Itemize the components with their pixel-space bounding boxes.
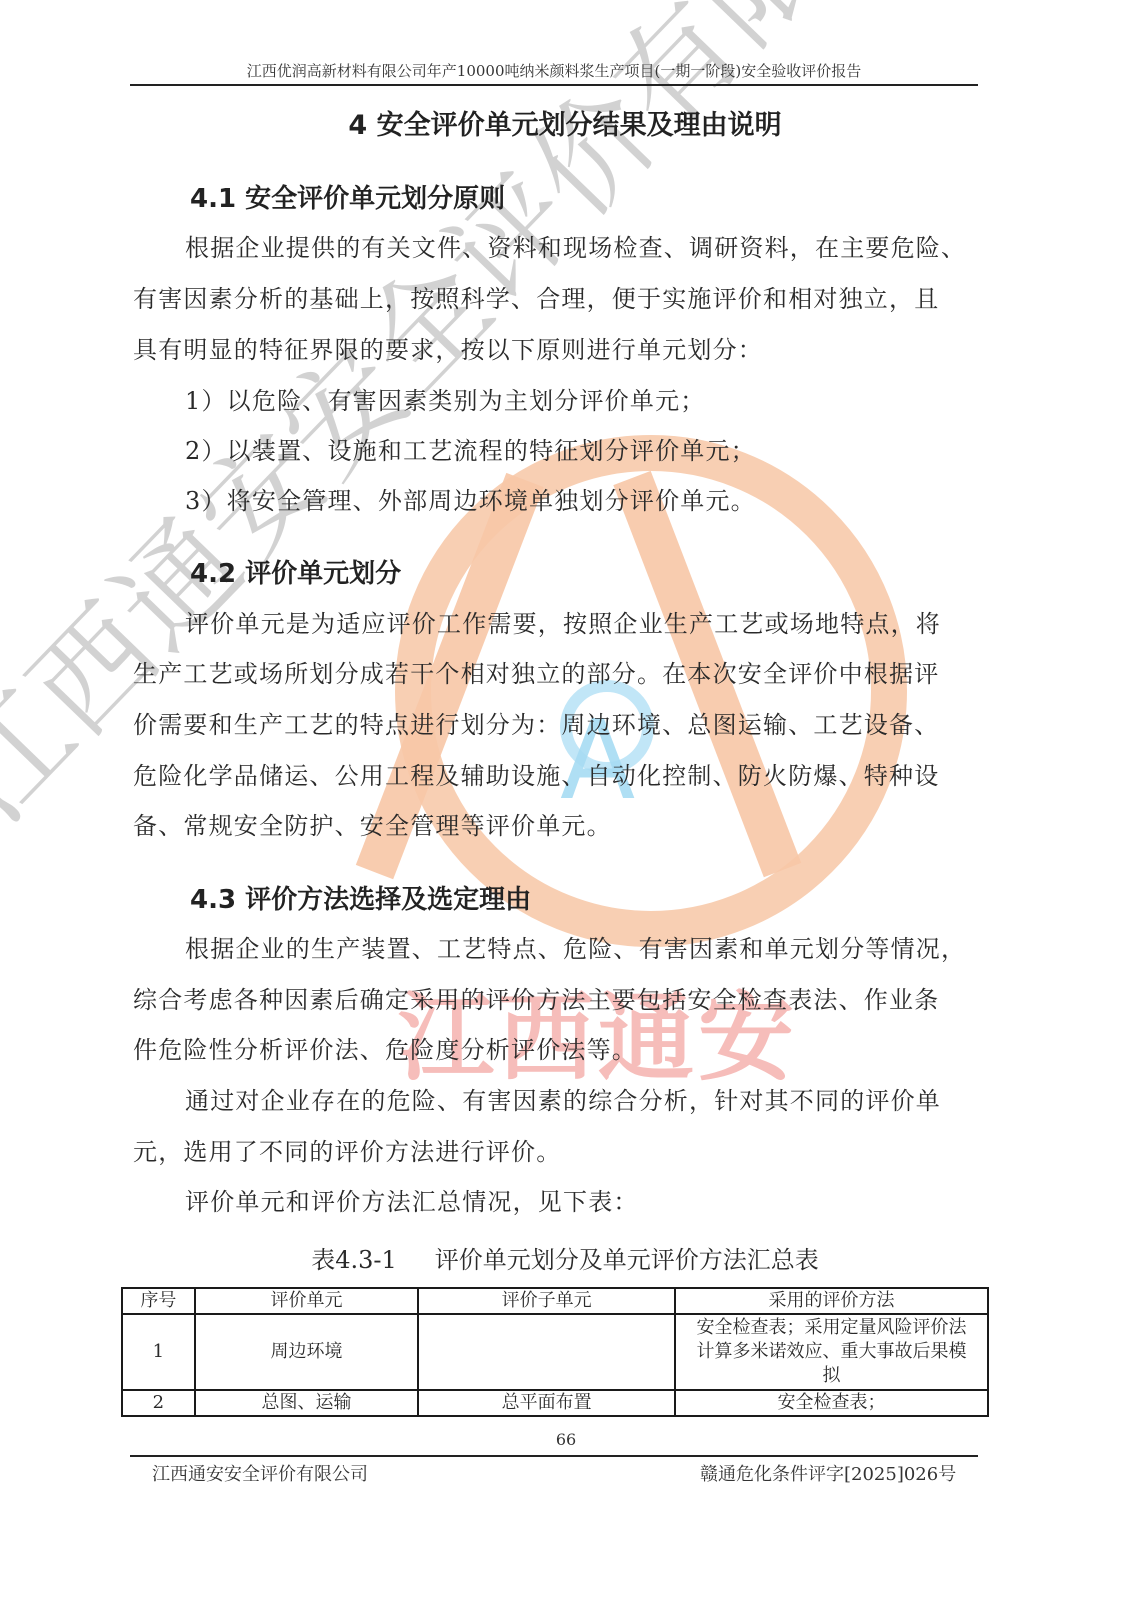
cell-sub-unit: 总平面布置	[418, 1390, 675, 1416]
cell-no: 1	[122, 1314, 195, 1390]
cell-no: 2	[122, 1390, 195, 1416]
cell-method-line: 安全检查表；	[680, 1391, 983, 1415]
header-divider	[130, 84, 978, 86]
paragraph-line: 具有明显的特征界限的要求，按以下原则进行单元划分：	[133, 338, 983, 362]
paragraph-line: 根据企业提供的有关文件、资料和现场检查、调研资料，在主要危险、	[185, 236, 1035, 260]
paragraph-line: 生产工艺或场所划分成若干个相对独立的部分。在本次安全评价中根据评	[133, 662, 983, 686]
column-header-sub-unit: 评价子单元	[418, 1288, 675, 1314]
paragraph-line: 评价单元和评价方法汇总情况，见下表：	[185, 1190, 1035, 1214]
cell-method: 安全检查表；	[675, 1390, 988, 1416]
table-caption-title: 评价单元划分及单元评价方法汇总表	[435, 1246, 819, 1274]
cell-unit: 总图、运输	[195, 1390, 418, 1416]
paragraph-line: 元，选用了不同的评价方法进行评价。	[133, 1140, 983, 1164]
table-caption-number: 表4.3-1	[311, 1246, 397, 1274]
paragraph-line: 通过对企业存在的危险、有害因素的综合分析，针对其不同的评价单	[185, 1089, 1035, 1113]
paragraph-line: 危险化学品储运、公用工程及辅助设施、自动化控制、防火防爆、特种设	[133, 764, 983, 788]
cell-method: 安全检查表；采用定量风险评价法 计算多米诺效应、重大事故后果模 拟	[675, 1314, 988, 1390]
cell-method-line: 计算多米诺效应、重大事故后果模	[680, 1340, 983, 1364]
cell-method-line: 拟	[680, 1364, 983, 1388]
list-item: 3）将安全管理、外部周边环境单独划分评价单元。	[185, 489, 1035, 513]
footer-divider	[130, 1455, 978, 1457]
paragraph-line: 件危险性分析评价法、危险度分析评价法等。	[133, 1038, 983, 1062]
column-header-unit: 评价单元	[195, 1288, 418, 1314]
table-row: 2 总图、运输 总平面布置 安全检查表；	[122, 1390, 988, 1416]
section-title-4-2: 4.2 评价单元划分	[190, 553, 401, 590]
chapter-title: 4 安全评价单元划分结果及理由说明	[130, 103, 1000, 142]
table-header-row: 序号 评价单元 评价子单元 采用的评价方法	[122, 1288, 988, 1314]
paragraph-line: 评价单元是为适应评价工作需要，按照企业生产工艺或场地特点，将	[185, 612, 1035, 636]
page-number: 66	[0, 1430, 1132, 1449]
paragraph-line: 综合考虑各种因素后确定采用的评价方法主要包括安全检查表法、作业条	[133, 988, 983, 1012]
evaluation-units-table: 序号 评价单元 评价子单元 采用的评价方法 1 周边环境 安全检查表；采用定量风…	[121, 1287, 989, 1417]
paragraph-line: 备、常规安全防护、安全管理等评价单元。	[133, 814, 983, 838]
list-item: 1）以危险、有害因素类别为主划分评价单元；	[185, 389, 1035, 413]
table-caption: 表4.3-1评价单元划分及单元评价方法汇总表	[130, 1240, 1000, 1275]
running-header: 江西优润高新材料有限公司年产10000吨纳米颜料浆生产项目(一期一阶段)安全验收…	[130, 60, 978, 81]
document-page: 江西优润高新材料有限公司年产10000吨纳米颜料浆生产项目(一期一阶段)安全验收…	[0, 0, 1132, 1600]
cell-unit: 周边环境	[195, 1314, 418, 1390]
paragraph-line: 价需要和生产工艺的特点进行划分为：周边环境、总图运输、工艺设备、	[133, 713, 983, 737]
table-row: 1 周边环境 安全检查表；采用定量风险评价法 计算多米诺效应、重大事故后果模 拟	[122, 1314, 988, 1390]
column-header-no: 序号	[122, 1288, 195, 1314]
footer-company: 江西通安安全评价有限公司	[152, 1460, 368, 1486]
cell-method-line: 安全检查表；采用定量风险评价法	[680, 1316, 983, 1340]
section-title-4-1: 4.1 安全评价单元划分原则	[190, 178, 505, 215]
cell-sub-unit	[418, 1314, 675, 1390]
paragraph-line: 有害因素分析的基础上，按照科学、合理，便于实施评价和相对独立，且	[133, 287, 983, 311]
list-item: 2）以装置、设施和工艺流程的特征划分评价单元；	[185, 439, 1035, 463]
paragraph-line: 根据企业的生产装置、工艺特点、危险、有害因素和单元划分等情况，	[185, 937, 1035, 961]
section-title-4-3: 4.3 评价方法选择及选定理由	[190, 879, 531, 916]
footer-document-code: 赣通危化条件评字[2025]026号	[700, 1460, 956, 1486]
column-header-method: 采用的评价方法	[675, 1288, 988, 1314]
